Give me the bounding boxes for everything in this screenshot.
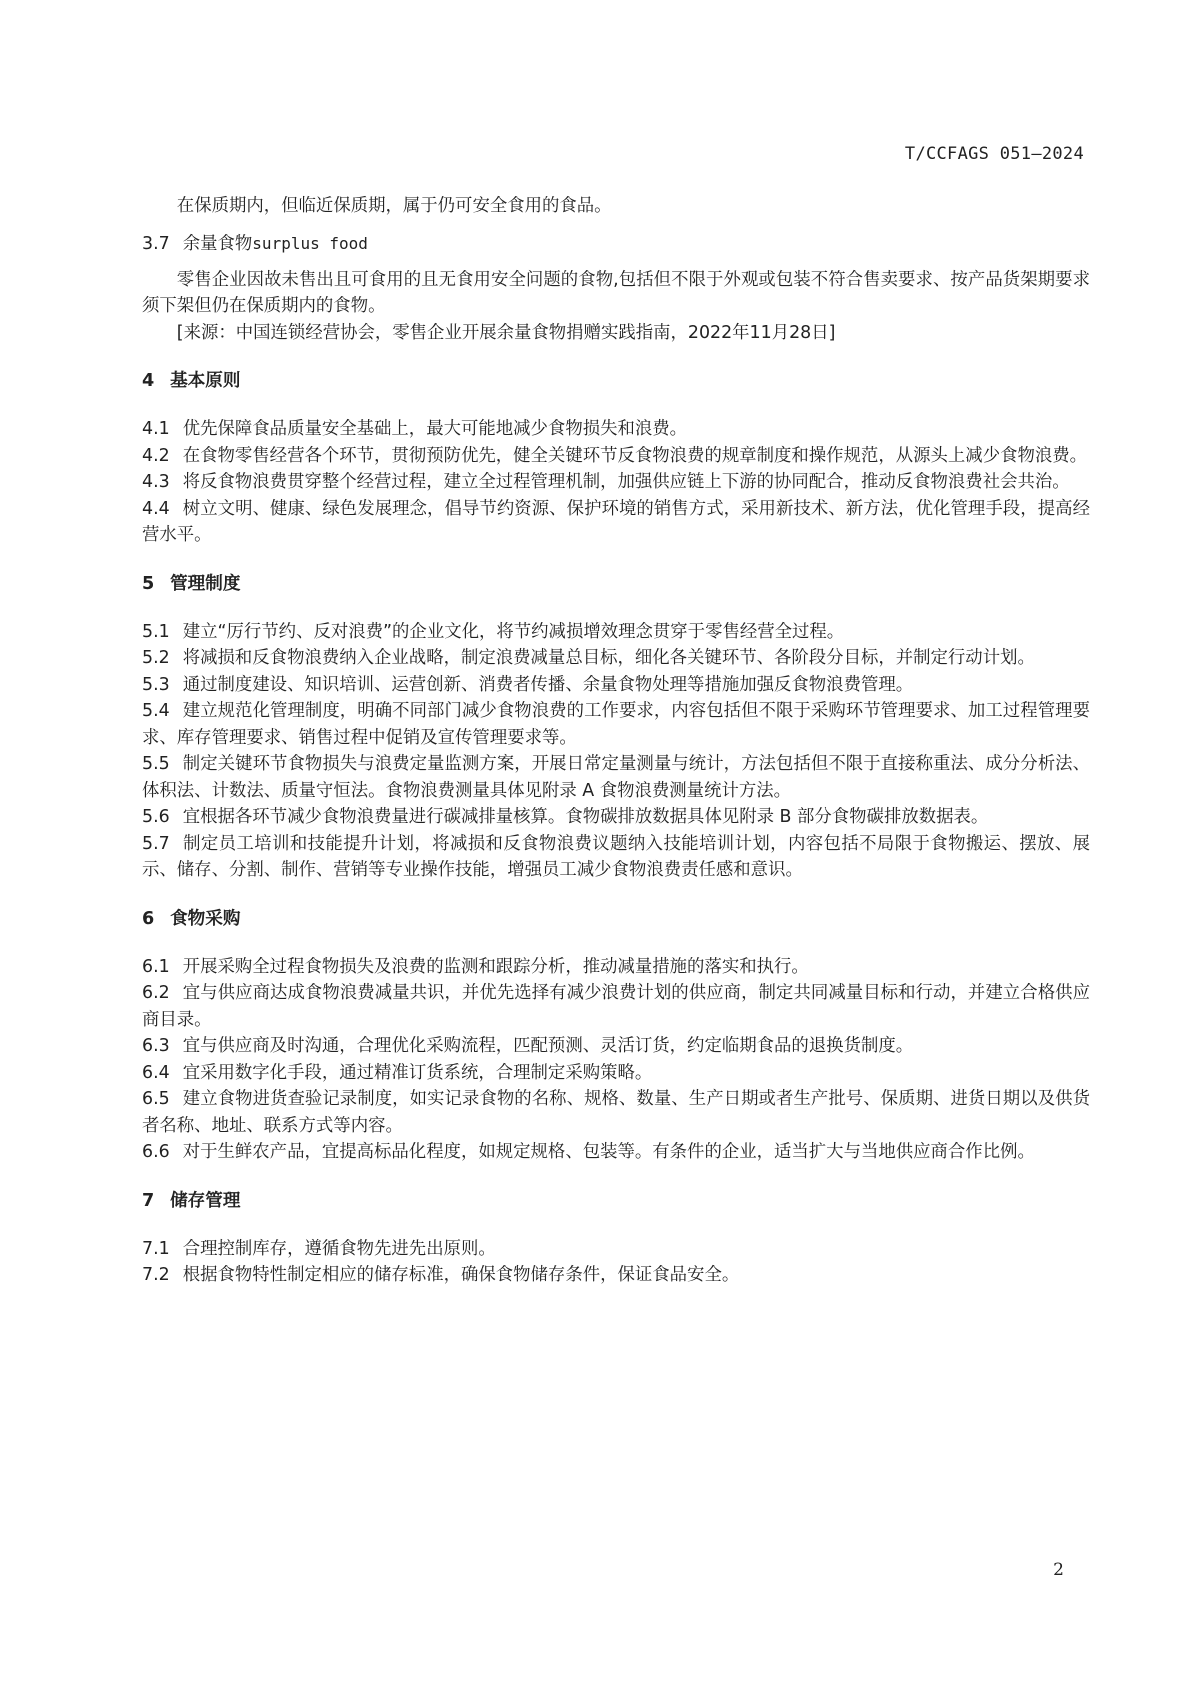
clause: 4.2在食物零售经营各个环节，贯彻预防优先，健全关键环节反食物浪费的规章制度和操… <box>142 443 1090 470</box>
clause-number: 5.5 <box>142 751 170 778</box>
clause-text: 在食物零售经营各个环节，贯彻预防优先，健全关键环节反食物浪费的规章制度和操作规范… <box>183 446 1087 466</box>
clause-text: 宜根据各环节减少食物浪费量进行碳减排量核算。食物碳排放数据具体见附录 B 部分食… <box>183 807 989 827</box>
clause-number: 6.3 <box>142 1033 170 1060</box>
clause-text: 宜与供应商达成食物浪费减量共识，并优先选择有减少浪费计划的供应商，制定共同减量目… <box>142 983 1090 1030</box>
clause-text: 制定员工培训和技能提升计划，将减损和反食物浪费议题纳入技能培训计划，内容包括不局… <box>142 834 1090 881</box>
section-heading: 7储存管理 <box>142 1188 1090 1214</box>
section-heading: 5管理制度 <box>142 571 1090 597</box>
clause-number: 5.3 <box>142 672 170 699</box>
clause: 4.3将反食物浪费贯穿整个经营过程，建立全过程管理机制，加强供应链上下游的协同配… <box>142 469 1090 496</box>
section-title: 食物采购 <box>170 909 240 929</box>
term-definition: 零售企业因故未售出且可食用的且无食用安全问题的食物,包括但不限于外观或包装不符合… <box>142 267 1090 320</box>
section-number: 7 <box>142 1188 154 1214</box>
term-number: 3.7 <box>142 231 170 257</box>
section-title: 储存管理 <box>170 1191 240 1211</box>
clause: 5.1建立“厉行节约、反对浪费”的企业文化，将节约减损增效理念贯穿于零售经营全过… <box>142 619 1090 646</box>
clause-text: 优先保障食品质量安全基础上，最大可能地减少食物损失和浪费。 <box>183 419 687 439</box>
clause-number: 6.1 <box>142 954 170 981</box>
section-heading: 6食物采购 <box>142 906 1090 932</box>
clause-text: 将减损和反食物浪费纳入企业战略，制定浪费减量总目标，细化各关键环节、各阶段分目标… <box>183 648 1035 668</box>
clause-text: 宜采用数字化手段，通过精准订货系统，合理制定采购策略。 <box>183 1063 653 1083</box>
clause: 6.4宜采用数字化手段，通过精准订货系统，合理制定采购策略。 <box>142 1060 1090 1087</box>
clause: 6.2宜与供应商达成食物浪费减量共识，并优先选择有减少浪费计划的供应商，制定共同… <box>142 980 1090 1033</box>
clause: 6.3宜与供应商及时沟通，合理优化采购流程，匹配预测、灵活订货，约定临期食品的退… <box>142 1033 1090 1060</box>
clause: 5.6宜根据各环节减少食物浪费量进行碳减排量核算。食物碳排放数据具体见附录 B … <box>142 804 1090 831</box>
clause: 7.2根据食物特性制定相应的储存标准，确保食物储存条件，保证食品安全。 <box>142 1262 1090 1289</box>
clause-number: 6.6 <box>142 1139 170 1166</box>
clause-text: 建立“厉行节约、反对浪费”的企业文化，将节约减损增效理念贯穿于零售经营全过程。 <box>183 622 844 642</box>
clause-number: 7.2 <box>142 1262 170 1289</box>
clause: 5.4建立规范化管理制度，明确不同部门减少食物浪费的工作要求，内容包括但不限于采… <box>142 698 1090 751</box>
clause-text: 制定关键环节食物损失与浪费定量监测方案，开展日常定量测量与统计，方法包括但不限于… <box>142 754 1090 801</box>
clause-number: 4.1 <box>142 416 170 443</box>
clause-text: 树立文明、健康、绿色发展理念，倡导节约资源、保护环境的销售方式，采用新技术、新方… <box>142 499 1090 546</box>
clause-number: 5.4 <box>142 698 170 725</box>
continuation-paragraph: 在保质期内，但临近保质期，属于仍可安全食用的食品。 <box>142 193 1090 220</box>
clause: 6.1开展采购全过程食物损失及浪费的监测和跟踪分析，推动减量措施的落实和执行。 <box>142 954 1090 981</box>
clause: 4.4树立文明、健康、绿色发展理念，倡导节约资源、保护环境的销售方式，采用新技术… <box>142 496 1090 549</box>
clause-text: 通过制度建设、知识培训、运营创新、消费者传播、余量食物处理等措施加强反食物浪费管… <box>183 675 913 695</box>
clause-text: 建立食物进货查验记录制度，如实记录食物的名称、规格、数量、生产日期或者生产批号、… <box>142 1089 1090 1136</box>
clause-number: 5.1 <box>142 619 170 646</box>
clause: 4.1优先保障食品质量安全基础上，最大可能地减少食物损失和浪费。 <box>142 416 1090 443</box>
document-code: T/CCFAGS 051—2024 <box>905 144 1084 164</box>
clause: 7.1合理控制库存，遵循食物先进先出原则。 <box>142 1236 1090 1263</box>
page-number: 2 <box>1053 1560 1064 1580</box>
clause-text: 对于生鲜农产品，宜提高标品化程度，如规定规格、包装等。有条件的企业，适当扩大与当… <box>183 1142 1035 1162</box>
section-number: 6 <box>142 906 154 932</box>
clause-number: 5.6 <box>142 804 170 831</box>
clause-number: 6.4 <box>142 1060 170 1087</box>
section-heading: 4基本原则 <box>142 368 1090 394</box>
clause: 5.3通过制度建设、知识培训、运营创新、消费者传播、余量食物处理等措施加强反食物… <box>142 672 1090 699</box>
clause-number: 5.2 <box>142 645 170 672</box>
clause-text: 建立规范化管理制度，明确不同部门减少食物浪费的工作要求，内容包括但不限于采购环节… <box>142 701 1090 748</box>
clause-number: 4.2 <box>142 443 170 470</box>
document-page: T/CCFAGS 051—2024 在保质期内，但临近保质期，属于仍可安全食用的… <box>0 0 1200 1698</box>
clause-number: 6.5 <box>142 1086 170 1113</box>
term-title-en: surplus food <box>252 234 368 253</box>
term-title-zh: 余量食物 <box>183 234 253 254</box>
clause: 6.6对于生鲜农产品，宜提高标品化程度，如规定规格、包装等。有条件的企业，适当扩… <box>142 1139 1090 1166</box>
section-number: 5 <box>142 571 154 597</box>
section-title: 管理制度 <box>170 574 240 594</box>
clause: 5.2将减损和反食物浪费纳入企业战略，制定浪费减量总目标，细化各关键环节、各阶段… <box>142 645 1090 672</box>
clause: 6.5建立食物进货查验记录制度，如实记录食物的名称、规格、数量、生产日期或者生产… <box>142 1086 1090 1139</box>
clause-text: 宜与供应商及时沟通，合理优化采购流程，匹配预测、灵活订货，约定临期食品的退换货制… <box>183 1036 913 1056</box>
clause-text: 开展采购全过程食物损失及浪费的监测和跟踪分析，推动减量措施的落实和执行。 <box>183 957 809 977</box>
clause-number: 5.7 <box>142 831 170 858</box>
clause-text: 将反食物浪费贯穿整个经营过程，建立全过程管理机制，加强供应链上下游的协同配合，推… <box>183 472 1070 492</box>
clause-number: 6.2 <box>142 980 170 1007</box>
term-heading: 3.7余量食物surplus food <box>142 231 1090 257</box>
clause-text: 合理控制库存，遵循食物先进先出原则。 <box>183 1239 496 1259</box>
page-content: 在保质期内，但临近保质期，属于仍可安全食用的食品。 3.7余量食物surplus… <box>142 193 1090 1289</box>
section-title: 基本原则 <box>170 371 240 391</box>
clause-text: 根据食物特性制定相应的储存标准，确保食物储存条件，保证食品安全。 <box>183 1265 740 1285</box>
clause: 5.7制定员工培训和技能提升计划，将减损和反食物浪费议题纳入技能培训计划，内容包… <box>142 831 1090 884</box>
clause-number: 4.4 <box>142 496 170 523</box>
section-number: 4 <box>142 368 154 394</box>
term-source: [来源：中国连锁经营协会，零售企业开展余量食物捐赠实践指南，2022年11月28… <box>142 320 1090 347</box>
clause-number: 7.1 <box>142 1236 170 1263</box>
clause: 5.5制定关键环节食物损失与浪费定量监测方案，开展日常定量测量与统计，方法包括但… <box>142 751 1090 804</box>
clause-number: 4.3 <box>142 469 170 496</box>
